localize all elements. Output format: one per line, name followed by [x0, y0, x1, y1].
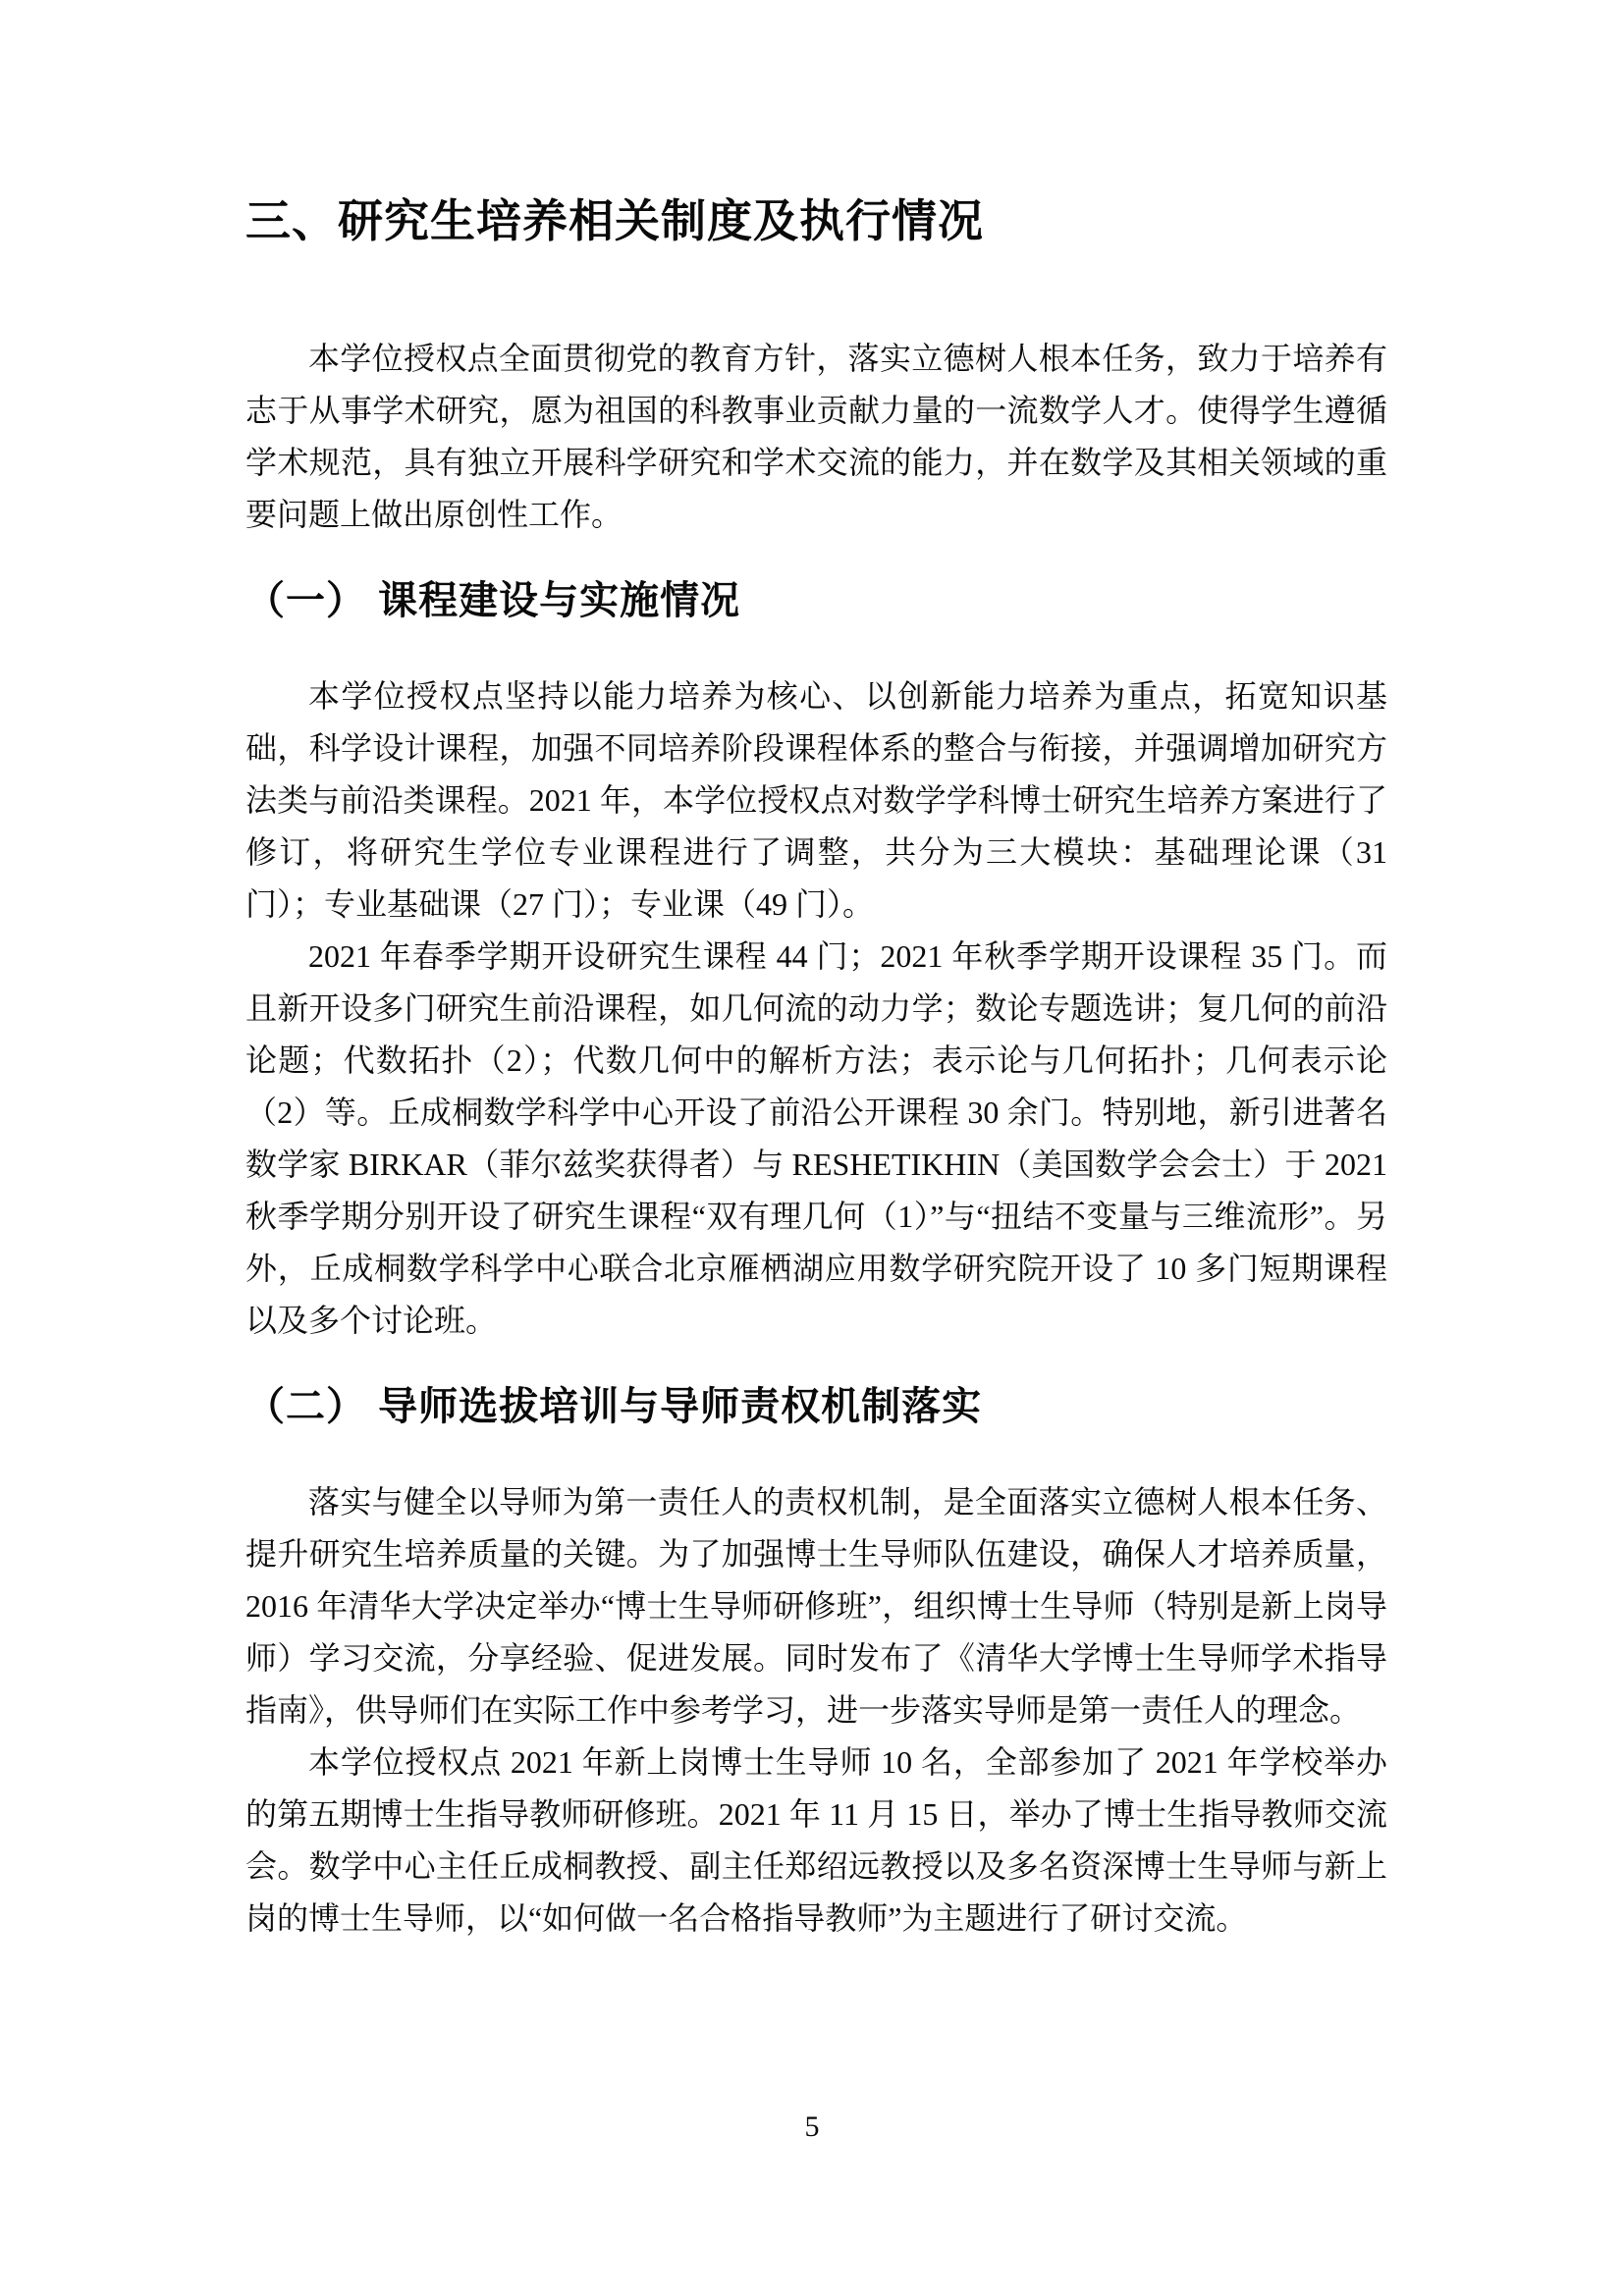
section-heading-2: （二） 导师选拔培训与导师责权机制落实: [245, 1380, 1387, 1433]
section-1-paragraph-1: 本学位授权点坚持以能力培养为核心、以创新能力培养为重点，拓宽知识基础，科学设计课…: [245, 670, 1387, 931]
page-title: 三、研究生培养相关制度及执行情况: [245, 194, 1387, 248]
section-2-paragraph-2: 本学位授权点 2021 年新上岗博士生导师 10 名，全部参加了 2021 年学…: [245, 1736, 1387, 1945]
page-number: 5: [0, 2110, 1624, 2144]
document-page: 三、研究生培养相关制度及执行情况 本学位授权点全面贯彻党的教育方针，落实立德树人…: [0, 0, 1624, 2296]
intro-paragraph: 本学位授权点全面贯彻党的教育方针，落实立德树人根本任务，致力于培养有志于从事学术…: [245, 333, 1387, 541]
section-heading-1: （一） 课程建设与实施情况: [245, 574, 1387, 627]
section-2-paragraph-1: 落实与健全以导师为第一责任人的责权机制，是全面落实立德树人根本任务、提升研究生培…: [245, 1476, 1387, 1736]
section-1-paragraph-2: 2021 年春季学期开设研究生课程 44 门；2021 年秋季学期开设课程 35…: [245, 931, 1387, 1347]
